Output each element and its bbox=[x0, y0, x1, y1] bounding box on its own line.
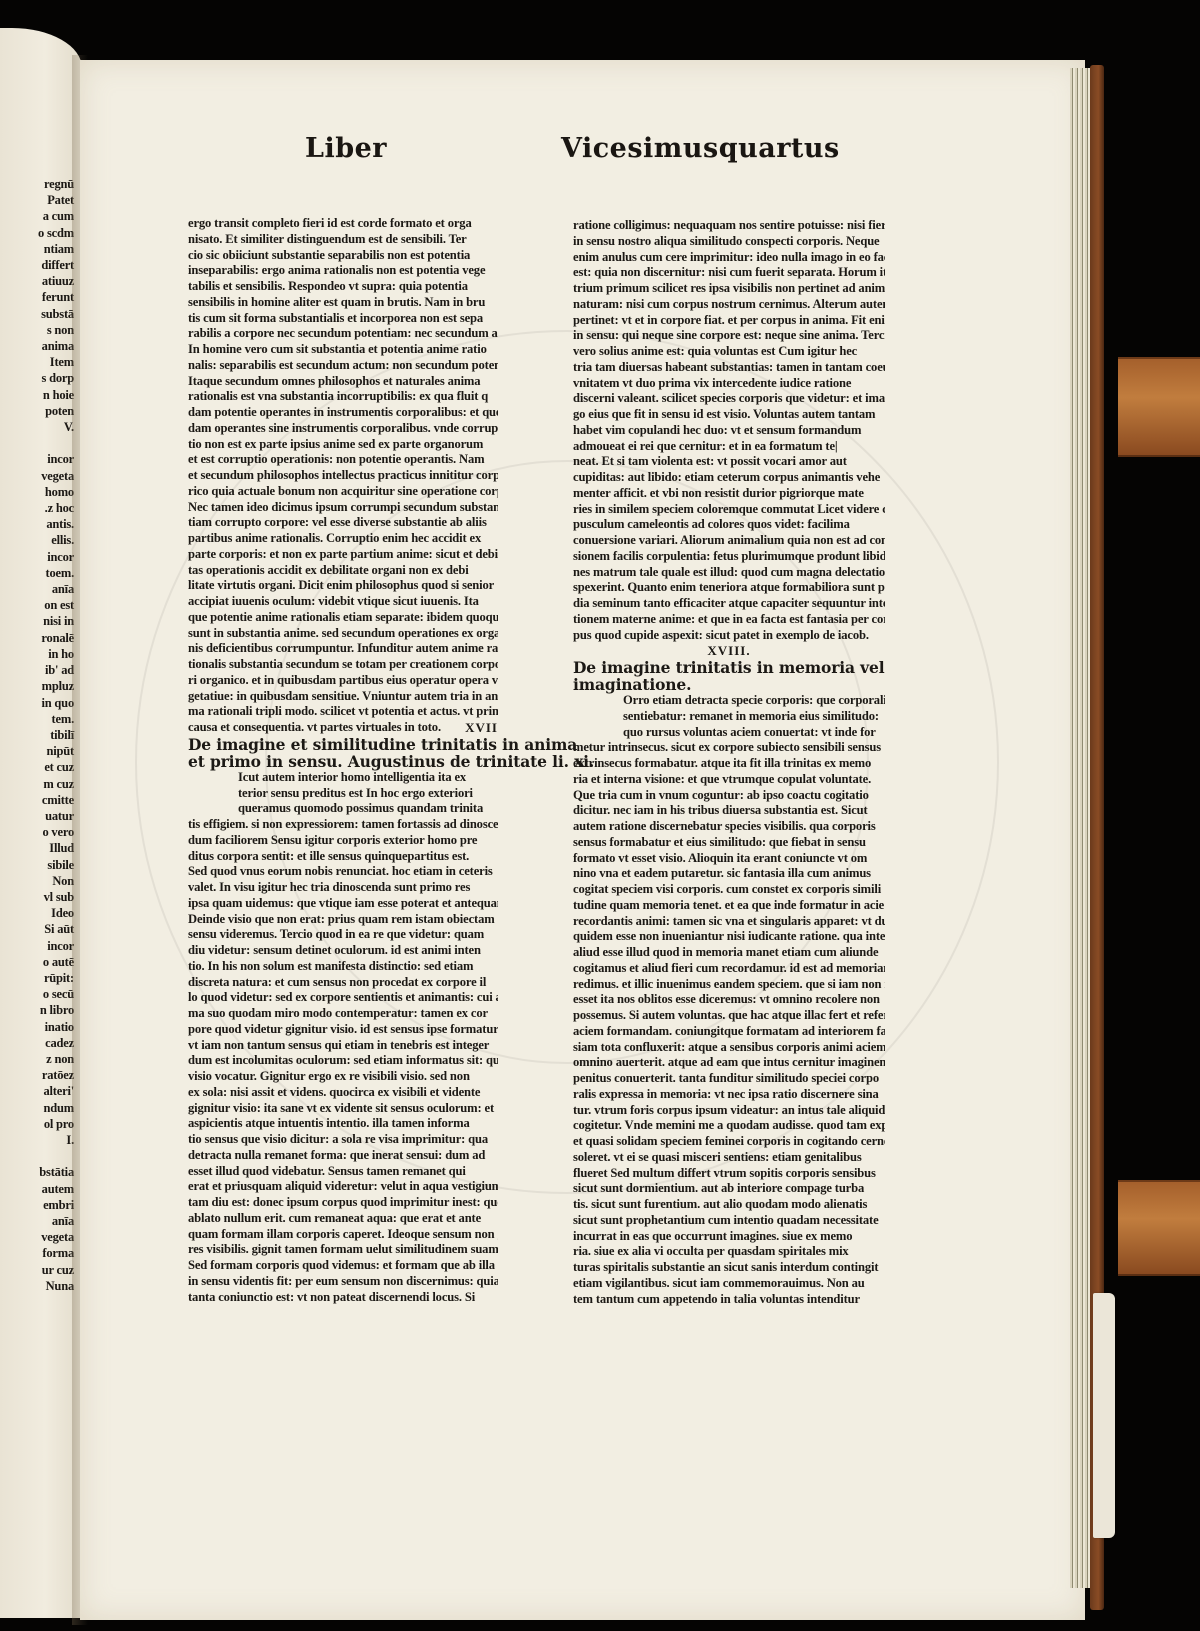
text-line: penitus conuerterit. tanta funditur simi… bbox=[573, 1071, 885, 1087]
text-line: Icut autem interior homo intelligentia i… bbox=[188, 770, 498, 786]
text-line: tis. sicut sunt furentium. aut alio quod… bbox=[573, 1197, 885, 1213]
text-line: imaginatione. bbox=[573, 676, 885, 693]
text-line: gignitur visio: ita sane vt ex vidente s… bbox=[188, 1101, 498, 1117]
running-head-right: Vicesimusquartus bbox=[561, 133, 840, 164]
text-line: in sensu videntis fit: per eum sensum no… bbox=[188, 1274, 498, 1290]
text-line: menter afficit. et vbi non resistit duri… bbox=[573, 486, 885, 502]
text-line: sensu videremus. Tercio quod in ea re qu… bbox=[188, 927, 498, 943]
text-line: parte corporis: et non ex parte partium … bbox=[188, 547, 498, 563]
text-line: rico quia actuale bonum non acquiritur s… bbox=[188, 484, 498, 500]
text-line: extrinsecus formabatur. atque ita fit il… bbox=[573, 756, 885, 772]
text-line: ralis expressa in memoria: vt nec ipsa r… bbox=[573, 1087, 885, 1103]
text-line: queramus quomodo possimus quandam trinit… bbox=[188, 801, 498, 817]
text-line: in sensu: qui neque sine corpore est: ne… bbox=[573, 328, 885, 344]
text-line: discreta natura: et cum sensus non proce… bbox=[188, 975, 498, 991]
text-line: dam operantes sine instrumentis corporal… bbox=[188, 421, 498, 437]
text-line: formato vt esset visio. Alioquin ita era… bbox=[573, 851, 885, 867]
right-section-heading: De imagine trinitatis in memoria velimag… bbox=[573, 659, 885, 693]
text-line: aliud esse illud quod in memoria manet e… bbox=[573, 945, 885, 961]
text-line: cupiditas: aut libido: etiam ceterum cor… bbox=[573, 470, 885, 486]
text-column-left: ergo transit completo fieri id est corde… bbox=[188, 216, 498, 1305]
text-line: tem tantum cum appetendo in talia volunt… bbox=[573, 1292, 885, 1308]
text-line: pusculum cameleontis ad colores quos vid… bbox=[573, 517, 885, 533]
text-line: tudine quam memoria tenet. et ea que ind… bbox=[573, 898, 885, 914]
text-line: et secundum philosophos intellectus prac… bbox=[188, 468, 498, 484]
text-line: habet vim copulandi hec duo: vt et sensu… bbox=[573, 423, 885, 439]
text-line: possemus. Si autem voluntas. que hac atq… bbox=[573, 1008, 885, 1024]
right-paragraph-2-indented: Orro etiam detracta specie corporis: que… bbox=[573, 693, 885, 740]
text-line: accipiat iuuenis oculum: videbit vtique … bbox=[188, 594, 498, 610]
text-line: tur. vtrum foris corpus ipsum videatur: … bbox=[573, 1103, 885, 1119]
text-line: nalis: separabilis est secundum actum: n… bbox=[188, 358, 498, 374]
text-line: nino vna et eadem putaretur. sic fantasi… bbox=[573, 866, 885, 882]
text-line: sicut sunt prophetantium cum intentio qu… bbox=[573, 1213, 885, 1229]
text-line: tio non est ex parte ipsius anime sed ex… bbox=[188, 437, 498, 453]
text-line: tam diu est: donec ipsum corpus quod imp… bbox=[188, 1195, 498, 1211]
text-line: ratione colligimus: nequaquam nos sentir… bbox=[573, 218, 885, 234]
text-line: terior sensu preditus est In hoc ergo ex… bbox=[188, 786, 498, 802]
text-line: neat. Et si tam violenta est: vt possit … bbox=[573, 454, 885, 470]
text-line: soleret. vt ei se quasi misceri sentiens… bbox=[573, 1150, 885, 1166]
left-section-heading: De imagine et similitudine trinitatis in… bbox=[188, 736, 498, 770]
text-line: tis effigiem. si non expressiorem: tamen… bbox=[188, 817, 498, 833]
text-line: lo quod videtur: sed ex corpore sentient… bbox=[188, 990, 498, 1006]
text-line: naturam: nisi cum corpus nostrum cernimu… bbox=[573, 297, 885, 313]
text-line: siam tota confluxerit: atque a sensibus … bbox=[573, 1040, 885, 1056]
paper-bookmark-slip bbox=[1093, 1293, 1115, 1538]
text-line: esset illud quod videbatur. Sensus tamen… bbox=[188, 1164, 498, 1180]
text-line: quo rursus voluntas aciem conuertat: vt … bbox=[573, 725, 885, 741]
text-line: cio sic obiiciunt substantie separabilis… bbox=[188, 248, 498, 264]
text-line: nisato. Et similiter distinguendum est d… bbox=[188, 232, 498, 248]
right-paragraph-2: metur intrinsecus. sicut ex corpore subi… bbox=[573, 740, 885, 1307]
previous-page-verso: regnū Patet a cum o scdm ntiam differt a… bbox=[0, 28, 82, 1618]
text-line: tis cum sit forma substantialis et incor… bbox=[188, 311, 498, 327]
text-line: quam formam illam corporis caperet. Ideo… bbox=[188, 1227, 498, 1243]
text-line: ri organico. et in quibusdam partibus ei… bbox=[188, 673, 498, 689]
text-line: ries in similem speciem coloremque commu… bbox=[573, 502, 885, 518]
text-line: etiam vigilantibus. sicut iam commemorau… bbox=[573, 1276, 885, 1292]
left-paragraph-2: tis effigiem. si non expressiorem: tamen… bbox=[188, 817, 498, 1305]
text-line: inseparabilis: ergo anima rationalis non… bbox=[188, 263, 498, 279]
text-line: dam potentie operantes in instrumentis c… bbox=[188, 405, 498, 421]
text-line: conuersione variari. Aliorum animalium q… bbox=[573, 533, 885, 549]
text-line: getatiue: in quibusdam sensitiue. Vniunt… bbox=[188, 689, 498, 705]
text-line: que potentie anime rationalis etiam sepa… bbox=[188, 610, 498, 626]
text-line: pore quod videtur gignitur visio. id est… bbox=[188, 1022, 498, 1038]
chapter-number-xviii: XVIII. bbox=[573, 643, 885, 659]
text-line: ipsa quam uidemus: que vtique iam esse p… bbox=[188, 896, 498, 912]
text-line: sentiebatur: remanet in memoria eius sim… bbox=[573, 709, 885, 725]
text-line: Que tria cum in vnum coguntur: ab ipso c… bbox=[573, 788, 885, 804]
text-line: admoueat ei rei que cernitur: et in ea f… bbox=[573, 439, 885, 455]
text-line: In homine vero cum sit substantia et pot… bbox=[188, 342, 498, 358]
text-line: De imagine et similitudine trinitatis in… bbox=[188, 736, 498, 753]
text-line: aciem formandam. coniungitque formatam a… bbox=[573, 1024, 885, 1040]
text-line: tria tam diuersas habeant substantias: t… bbox=[573, 360, 885, 376]
text-line: detracta nulla remanet forma: que inerat… bbox=[188, 1148, 498, 1164]
leather-clasp-strap-bottom bbox=[1118, 1180, 1200, 1276]
text-line: ablato nullum erit. cum remaneat aqua: q… bbox=[188, 1211, 498, 1227]
page-edges bbox=[1070, 68, 1092, 1588]
text-line: nes matrum tale quale est illud: quod cu… bbox=[573, 565, 885, 581]
text-line: erat et priusquam aliquid videretur: vel… bbox=[188, 1179, 498, 1195]
text-line: tio sensus que visio dicitur: a sola re … bbox=[188, 1132, 498, 1148]
text-line: rabilis a corpore nec secundum potentiam… bbox=[188, 326, 498, 342]
text-line: diu videtur: sensum detinet oculorum. id… bbox=[188, 943, 498, 959]
text-line: redimus. et illic inuenimus eandem speci… bbox=[573, 977, 885, 993]
text-line: Nec tamen ideo dicimus ipsum corrumpi se… bbox=[188, 500, 498, 516]
text-line: cogitetur. Vnde memini me a quodam audis… bbox=[573, 1118, 885, 1134]
text-line: Deinde visio que non erat: prius quam re… bbox=[188, 912, 498, 928]
text-line: tionalis substantia secundum se totam pe… bbox=[188, 657, 498, 673]
text-line: dum faciliorem Sensu igitur corporis ext… bbox=[188, 833, 498, 849]
left-paragraph-1: ergo transit completo fieri id est corde… bbox=[188, 216, 498, 736]
text-line: tanta coniunctio est: vt non pateat disc… bbox=[188, 1290, 498, 1306]
text-line: cogitamus et aliud fieri cum recordamur.… bbox=[573, 961, 885, 977]
text-line: ria et interna visione: et que vtrumque … bbox=[573, 772, 885, 788]
text-line: ria. siue ex alia vi occulta per quasdam… bbox=[573, 1244, 885, 1260]
text-line: et quasi solidam speciem feminei corpori… bbox=[573, 1134, 885, 1150]
text-line: pus quod cupide aspexit: sicut patet in … bbox=[573, 628, 885, 644]
text-line: Itaque secundum omnes philosophos et nat… bbox=[188, 374, 498, 390]
text-line: cogitat speciem visi corporis. cum const… bbox=[573, 882, 885, 898]
text-line: visio vocatur. Gignitur ergo ex re visib… bbox=[188, 1069, 498, 1085]
text-line: pertinet: vt et in corpore fiat. et per … bbox=[573, 313, 885, 329]
text-line: ma rationali tripli modo. scilicet vt po… bbox=[188, 704, 498, 720]
text-column-right: ratione colligimus: nequaquam nos sentir… bbox=[573, 218, 885, 1307]
text-line: dum est incolumitas oculorum: sed etiam … bbox=[188, 1053, 498, 1069]
text-line: ex sola: nisi assit et videns. quocirca … bbox=[188, 1085, 498, 1101]
text-line: sionem facilis corpulentia: fetus plurim… bbox=[573, 549, 885, 565]
text-line: incurrat in eas que occurrunt imagines. … bbox=[573, 1229, 885, 1245]
text-line: tionem materne anime: et que in ea facta… bbox=[573, 612, 885, 628]
left-paragraph-2-indented: Icut autem interior homo intelligentia i… bbox=[188, 770, 498, 817]
leather-clasp-strap-top bbox=[1118, 357, 1200, 457]
text-line: rationalis est vna substantia incorrupti… bbox=[188, 389, 498, 405]
text-line: enim anulus cum cere imprimitur: ideo nu… bbox=[573, 250, 885, 266]
text-line: ditus corpora sentit: et ille sensus qui… bbox=[188, 849, 498, 865]
text-line: tas operationis accidit ex debilitate or… bbox=[188, 563, 498, 579]
text-line: discerni valeant. scilicet species corpo… bbox=[573, 391, 885, 407]
text-line: res visibilis. gignit tamen formam uelut… bbox=[188, 1242, 498, 1258]
text-line: omnino auerterit. atque ad eam que intus… bbox=[573, 1055, 885, 1071]
text-line: litate virtutis organi. Dicit enim philo… bbox=[188, 578, 498, 594]
text-line: flueret Sed multum differt vtrum sopitis… bbox=[573, 1166, 885, 1182]
text-line: metur intrinsecus. sicut ex corpore subi… bbox=[573, 740, 885, 756]
text-line: autem ratione discernebatur species visi… bbox=[573, 819, 885, 835]
text-line: tiam corrupto corpore: vel esse diverse … bbox=[188, 515, 498, 531]
text-line: et est corruptio operationis: non potent… bbox=[188, 452, 498, 468]
text-line: partibus anime rationalis. Corruptio eni… bbox=[188, 531, 498, 547]
text-line: sensibilis in homine aliter est quam in … bbox=[188, 295, 498, 311]
text-line: Sed quod vnus eorum nobis renunciat. hoc… bbox=[188, 864, 498, 880]
text-line: sunt in substantia anime. sed secundum o… bbox=[188, 626, 498, 642]
text-line: spexerint. Quanto enim teneriora atque f… bbox=[573, 580, 885, 596]
text-line: et primo in sensu. Augustinus de trinita… bbox=[188, 753, 498, 770]
text-line: Orro etiam detracta specie corporis: que… bbox=[573, 693, 885, 709]
text-line: trium primum scilicet res ipsa visibilis… bbox=[573, 281, 885, 297]
text-line: nis deficientibus corrumpuntur. Infundit… bbox=[188, 641, 498, 657]
text-line: turas spiritalis substantie an sicut san… bbox=[573, 1260, 885, 1276]
text-line: vnitatem vt duo prima vix intercedente i… bbox=[573, 376, 885, 392]
text-line: dicitur. nec iam in his tribus diuersa s… bbox=[573, 803, 885, 819]
text-line: ergo transit completo fieri id est corde… bbox=[188, 216, 498, 232]
text-line: valet. In visu igitur hec tria dinoscend… bbox=[188, 880, 498, 896]
text-line: in sensu nostro aliqua similitudo conspe… bbox=[573, 234, 885, 250]
text-line: recordantis animi: tamen sic vna et sing… bbox=[573, 914, 885, 930]
text-line: go eius que fit in sensu id est visio. V… bbox=[573, 407, 885, 423]
text-line: tabilis et sensibilis. Respondeo vt supr… bbox=[188, 279, 498, 295]
text-line: vero solius anime est: quia voluntas est… bbox=[573, 344, 885, 360]
text-line: sensus formabatur et eius similitudo: qu… bbox=[573, 835, 885, 851]
right-paragraph-1: ratione colligimus: nequaquam nos sentir… bbox=[573, 218, 885, 643]
text-line: tio. In his non solum est manifesta dist… bbox=[188, 959, 498, 975]
text-line: aspicientis atque intuentis intentio. il… bbox=[188, 1116, 498, 1132]
text-line: est: quia non discernitur: nisi cum fuer… bbox=[573, 265, 885, 281]
running-head-left: Liber bbox=[305, 133, 387, 164]
text-line: vt iam non tantum sensus qui etiam in te… bbox=[188, 1038, 498, 1054]
text-line: De imagine trinitatis in memoria vel bbox=[573, 659, 885, 676]
text-line: Sed formam corporis quod videmus: et for… bbox=[188, 1258, 498, 1274]
text-line: dia seminum tanto efficaciter atque capa… bbox=[573, 596, 885, 612]
text-line: esset ita nos oblitos esse diceremus: vt… bbox=[573, 992, 885, 1008]
text-line: ma suo quodam miro modo contemperatur: t… bbox=[188, 1006, 498, 1022]
verso-text-fragment: regnū Patet a cum o scdm ntiam differt a… bbox=[0, 176, 74, 1294]
text-line: sicut sunt dormientium. aut ab interiore… bbox=[573, 1181, 885, 1197]
text-line: quidem esse non inueniantur nisi iudican… bbox=[573, 929, 885, 945]
